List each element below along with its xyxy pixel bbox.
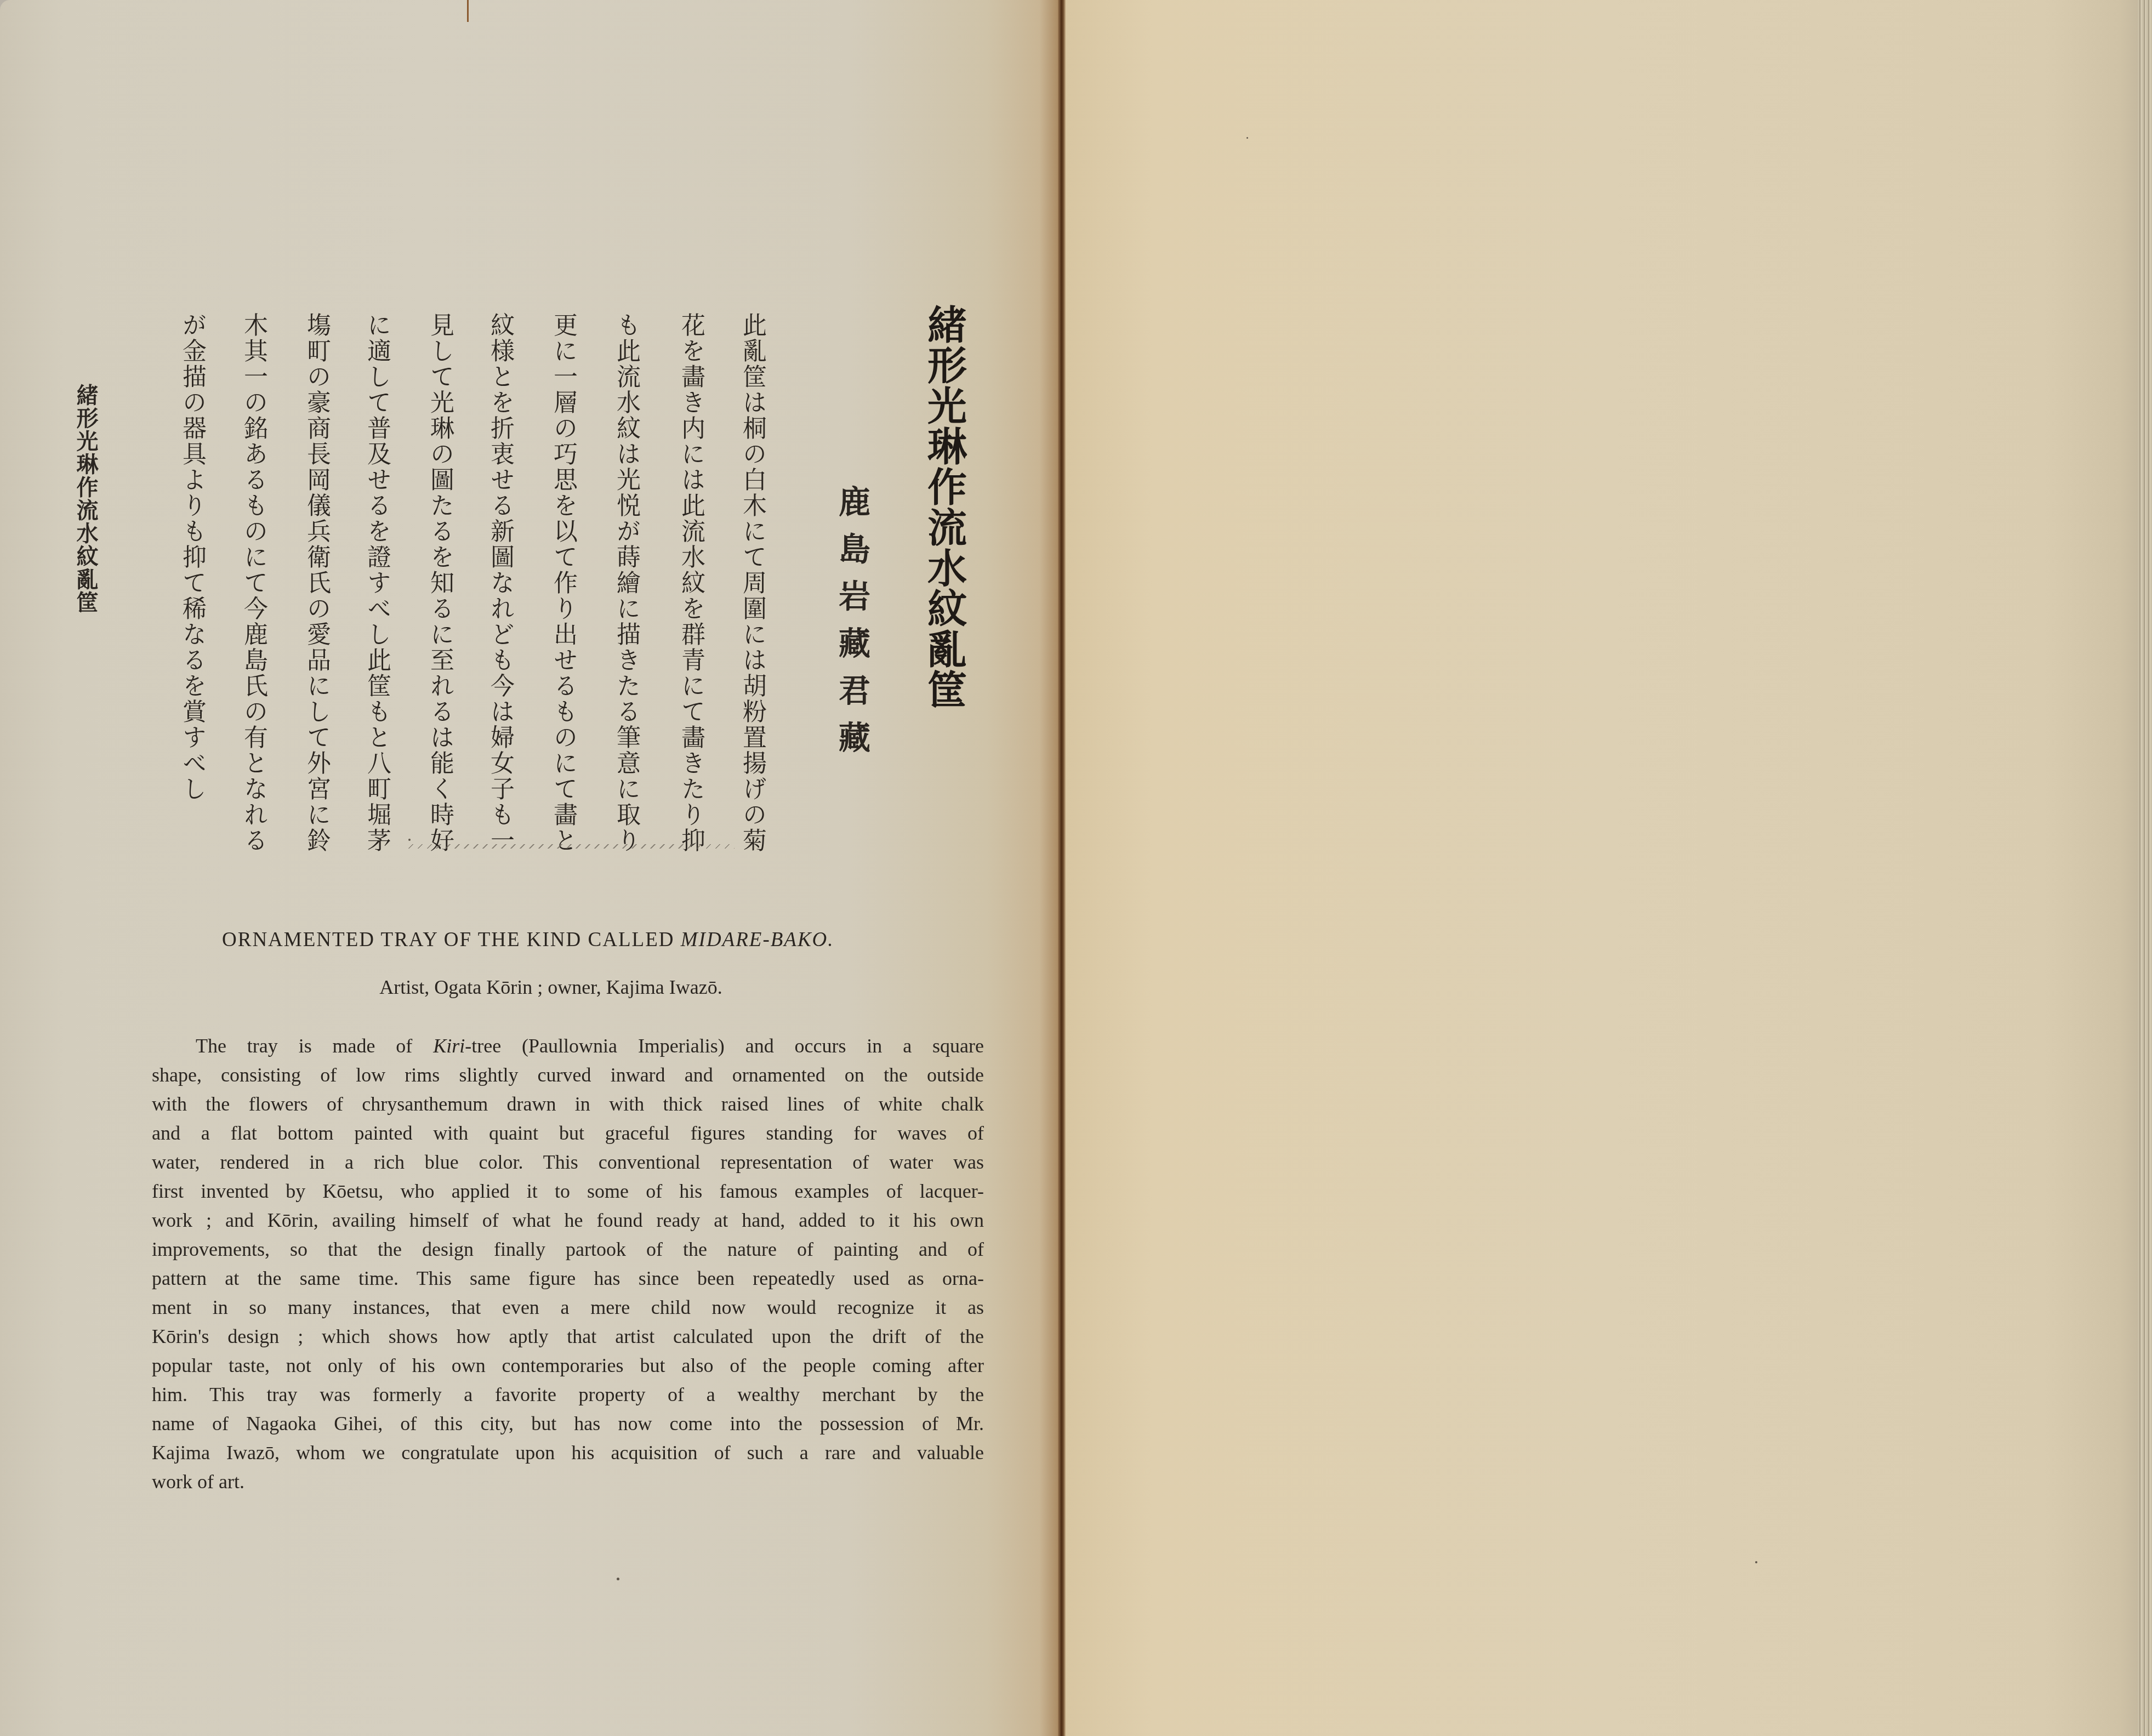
japanese-body-column: に適して普及せるを證すべし此筐もと八町堀茅	[359, 312, 394, 853]
japanese-body-column: 木其一の銘あるものにて今鹿島氏の有となれる	[236, 312, 271, 853]
paper-speck	[1246, 137, 1248, 139]
body-line: name of Nagaoka Gihei, of this city, but…	[152, 1409, 984, 1438]
japanese-body-column: 更に一層の巧思を以て作り出せるものにて畵と	[545, 312, 580, 853]
japanese-body-column: 此亂筐は桐の白木にて周圍には胡粉置揚げの菊	[735, 312, 770, 853]
english-subtitle: Artist, Ogata Kōrin ; owner, Kajima Iwaz…	[249, 976, 852, 999]
body-line: shape, consisting of low rims slightly c…	[152, 1061, 984, 1090]
japanese-body-column: も此流水紋は光悦が蒔繪に描きたる筆意に取り	[608, 312, 644, 853]
body-line: work ; and Kōrin, availing himself of wh…	[152, 1206, 984, 1235]
japanese-body-column: 塲町の豪商長岡儀兵衛氏の愛品にして外宮に鈴	[299, 312, 334, 853]
paper-speck	[1755, 1561, 1757, 1563]
body-line: water, rendered in a rich blue color. Th…	[152, 1148, 984, 1177]
page-edges	[2138, 0, 2152, 1736]
wavy-divider	[408, 844, 735, 849]
english-title: ORNAMENTED TRAY OF THE KIND CALLED MIDAR…	[222, 928, 946, 952]
running-head: 緒形光琳作流水紋亂筐	[70, 384, 101, 614]
book-spread: 緒形光琳作流水紋亂筐 鹿島岩藏君藏 此亂筐は桐の白木にて周圍には胡粉置揚げの菊 …	[0, 0, 2152, 1736]
body-line: ment in so many instances, that even a m…	[152, 1293, 984, 1322]
body-line: him. This tray was formerly a favorite p…	[152, 1380, 984, 1409]
japanese-owner-credit: 鹿島岩藏君藏	[829, 485, 875, 768]
japanese-body-column: 花を畵き内には此流水紋を群青にて畵きたり抑	[673, 312, 708, 853]
paper-speck	[408, 839, 411, 841]
body-line: work of art.	[152, 1467, 984, 1496]
body-line: and a flat bottom painted with quaint bu…	[152, 1119, 984, 1148]
english-title-italic: MIDARE-BAKO.	[681, 929, 834, 951]
body-line: improvements, so that the design finally…	[152, 1235, 984, 1264]
paper-crease	[467, 0, 469, 22]
japanese-title: 緒形光琳作流水紋亂筐	[915, 304, 972, 710]
body-line: Kajima Iwazō, whom we congratulate upon …	[152, 1438, 984, 1467]
body-line: pattern at the same time. This same figu…	[152, 1264, 984, 1293]
body-line: popular taste, not only of his own conte…	[152, 1351, 984, 1380]
body-line: first invented by Kōetsu, who applied it…	[152, 1177, 984, 1206]
japanese-body-column: が金描の器具よりも抑て稀なるを賞すべし	[174, 312, 209, 802]
japanese-body-column: 見して光琳の圖たるを知るに至れるは能く時好	[422, 312, 457, 853]
right-page-blank	[1066, 0, 2152, 1736]
body-line: Kōrin's design ; which shows how aptly t…	[152, 1322, 984, 1351]
body-line: The tray is made of Kiri-tree (Paullowni…	[152, 1032, 984, 1061]
book-gutter	[1058, 0, 1066, 1736]
paper-speck	[617, 1578, 619, 1580]
english-body: The tray is made of Kiri-tree (Paullowni…	[152, 1032, 984, 1496]
left-page: 緒形光琳作流水紋亂筐 鹿島岩藏君藏 此亂筐は桐の白木にて周圍には胡粉置揚げの菊 …	[0, 0, 1061, 1736]
body-line: with the flowers of chrysanthemum drawn …	[152, 1090, 984, 1119]
japanese-body-column: 紋様とを折衷せる新圖なれども今は婦女子も一	[482, 312, 517, 853]
english-title-plain: ORNAMENTED TRAY OF THE KIND CALLED	[222, 929, 681, 951]
